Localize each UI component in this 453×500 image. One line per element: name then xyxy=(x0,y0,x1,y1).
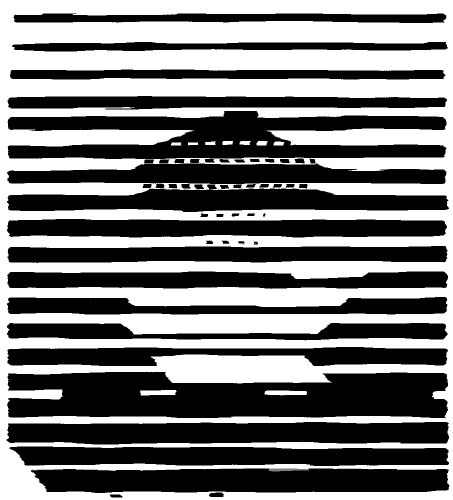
merged-band-below-bowl xyxy=(60,388,435,400)
stripe-bar-4 xyxy=(8,97,446,108)
stripe-bar-8 xyxy=(8,195,447,210)
stripe-bar-2 xyxy=(12,43,447,50)
gap15-right xyxy=(433,391,447,397)
bar13-top-bite xyxy=(121,323,331,334)
stripe-bar-1 xyxy=(14,14,446,22)
valley-bowl xyxy=(151,356,332,383)
stripe-bar-11 xyxy=(8,272,447,288)
bar12-top-bite xyxy=(126,298,348,306)
stripe-bar-17 xyxy=(8,423,448,443)
stripe-bar-3 xyxy=(10,70,445,79)
bottom-speck-2 xyxy=(210,493,224,497)
mound-low xyxy=(128,189,342,197)
mound-mid xyxy=(127,163,335,172)
stripe-bar-19 xyxy=(10,469,448,492)
gap15-left xyxy=(8,390,62,397)
bottom-speck-1 xyxy=(110,494,122,498)
stripe-bar-6 xyxy=(8,145,445,158)
bar11-top-sliver xyxy=(290,272,368,278)
merged-band-nick-2 xyxy=(265,391,307,395)
stripe-optical-illusion-figure xyxy=(0,0,453,500)
stripe-bar-18 xyxy=(8,448,448,465)
bump-above-bar5 xyxy=(224,111,258,118)
stripe-bar-9 xyxy=(8,220,446,236)
stripe-bar-16 xyxy=(8,398,447,417)
stripe-art-canvas xyxy=(0,0,453,500)
merged-band-nick-1 xyxy=(140,391,176,395)
stripe-bar-10 xyxy=(8,247,447,262)
